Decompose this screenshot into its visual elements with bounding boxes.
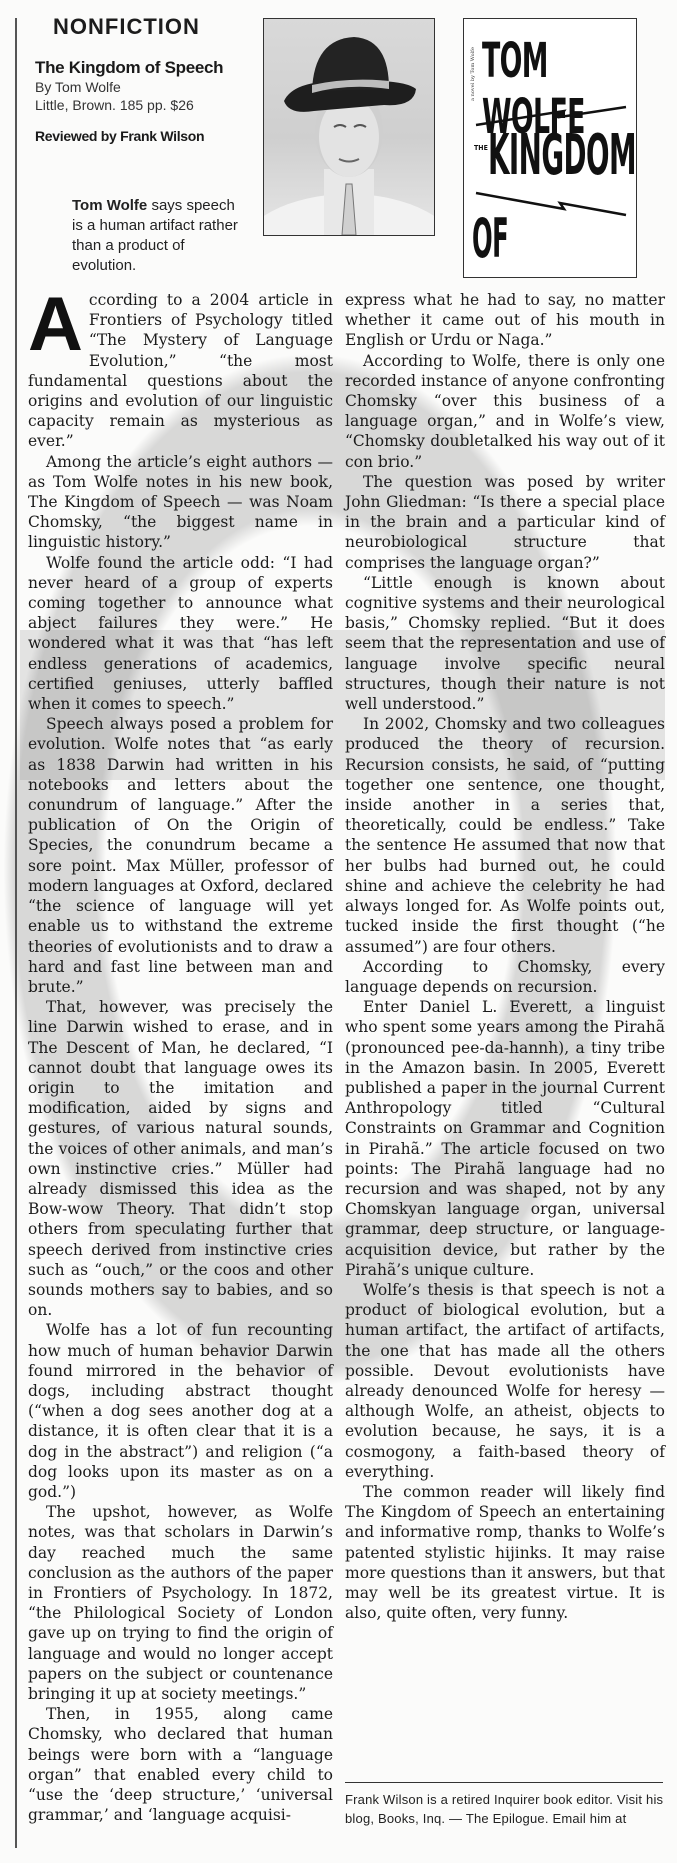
reviewer-credit: Reviewed by Frank Wilson [35, 128, 265, 144]
book-title: The Kingdom of Speech [35, 58, 265, 78]
article-paragraph: The common reader will likely find The K… [345, 1482, 665, 1623]
author-portrait-icon [264, 19, 434, 235]
tagline-divider [345, 1782, 663, 1783]
article-paragraph: Enter Daniel L. Everett, a linguist who … [345, 997, 665, 1280]
article-paragraph: The question was posed by writer John Gl… [345, 472, 665, 573]
author-photo [263, 18, 435, 236]
caption-subject: Tom Wolfe [72, 197, 147, 214]
article-column-1: According to a 2004 article in Frontiers… [28, 290, 333, 1825]
article-paragraph: Then, in 1955, along came Chomsky, who d… [28, 1704, 333, 1825]
book-byline: By Tom Wolfe [35, 78, 265, 96]
cover-spine-note: a novel by Tom Wolfe [470, 47, 476, 101]
reviewer-tagline: Frank Wilson is a retired Inquirer book … [345, 1790, 665, 1828]
column-rule [15, 18, 17, 1848]
review-header: NONFICTION The Kingdom of Speech By Tom … [35, 14, 265, 144]
article-paragraph: express what he had to say, no matter wh… [345, 290, 665, 351]
cover-title-line1: KINGDOM [488, 123, 636, 188]
article-paragraph: Among the article’s eight authors — as T… [28, 452, 333, 553]
article-paragraph: Speech always posed a problem for evolut… [28, 714, 333, 997]
article-paragraph: That, however, was precisely the line Da… [28, 997, 333, 1320]
article-paragraph: According to Chomsky, every language dep… [345, 957, 665, 997]
article-paragraph: According to Wolfe, there is only one re… [345, 351, 665, 472]
photo-caption: Tom Wolfe says speech is a human artifac… [72, 196, 247, 276]
publisher-line: Little, Brown. 185 pp. $26 [35, 96, 265, 114]
section-kicker: NONFICTION [53, 14, 265, 40]
article-paragraph: The upshot, however, as Wolfe notes, was… [28, 1502, 333, 1704]
article-paragraph: Wolfe found the article odd: “I had neve… [28, 553, 333, 715]
newspaper-clipping: NONFICTION The Kingdom of Speech By Tom … [0, 0, 677, 1863]
cover-the: THE [474, 144, 488, 152]
article-column-2: express what he had to say, no matter wh… [345, 290, 665, 1623]
article-paragraph: Wolfe’s thesis is that speech is not a p… [345, 1280, 665, 1482]
article-paragraph: Wolfe has a lot of fun recounting how mu… [28, 1320, 333, 1502]
cover-title-line2: OF SPEECH [472, 207, 576, 278]
article-paragraph: In 2002, Chomsky and two colleagues prod… [345, 714, 665, 956]
book-cover: a novel by Tom Wolfe TOM WOLFE THE KINGD… [463, 18, 637, 278]
article-paragraph: “Little enough is known about cognitive … [345, 573, 665, 714]
drop-cap: A [28, 296, 83, 354]
article-paragraph: According to a 2004 article in Frontiers… [28, 290, 333, 452]
